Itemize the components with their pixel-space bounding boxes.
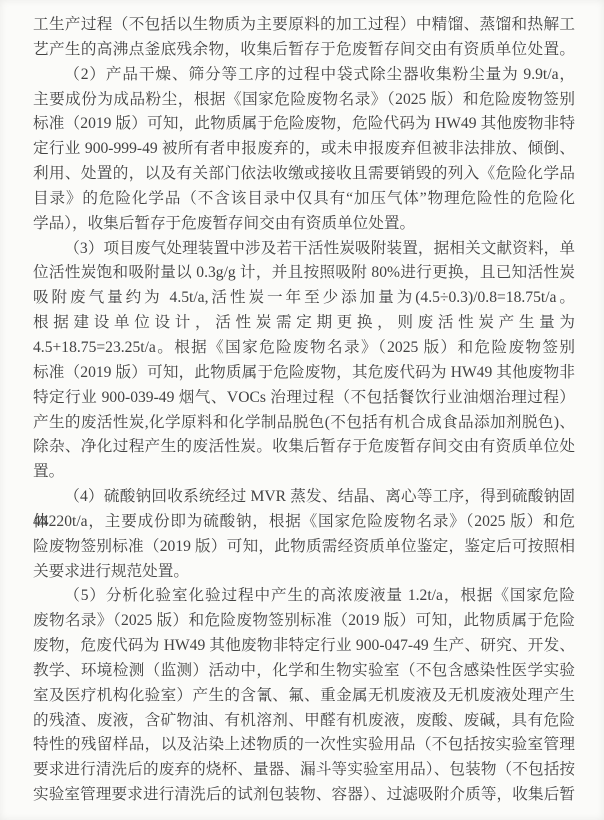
text-line: 44220t/a，主要成份即为硫酸钠，根据《国家危险废物名录》（2025 版）和… bbox=[33, 510, 575, 535]
document-page: 工生产过程（不包括以生物质为主要原料的加工过程）中精馏、蒸馏和热解工艺产生的高沸… bbox=[0, 0, 604, 820]
text-line: 定行业 900-999-49 被所有者申报废弃的，或未申报废弃但被非法排放、倾倒… bbox=[33, 137, 575, 162]
text-line: （3）项目废气处理装置中涉及若干活性炭吸附装置，据相关文献资料，单 bbox=[33, 237, 575, 262]
text-line: （5）分析化验室化验过程中产生的高浓废液量 1.2t/a，根据《国家危险 bbox=[33, 584, 575, 609]
text-line: 标准（2019 版）可知，此物质属于危险废物，其危废代码为 HW49 其他废物非 bbox=[33, 361, 575, 386]
text-line: （4）硫酸钠回收系统经过 MVR 蒸发、结晶、离心等工序，得到硫酸钠固体 bbox=[33, 485, 575, 510]
text-line: 特性的残留样品，以及沾染上述物质的一次性实验用品（不包括按实验室管理 bbox=[33, 733, 575, 758]
text-line: 位活性炭饱和吸附量以 0.3g/g 计，并且按照吸附 80%进行更换，且已知活性… bbox=[33, 261, 575, 286]
text-line: 置。 bbox=[33, 460, 575, 485]
text-line: 学品），收集后暂存于危废暂存间交由有资质单位处置。 bbox=[33, 212, 575, 237]
text-line: 关要求进行规范处置。 bbox=[33, 560, 575, 585]
text-line: 除杂、净化过程产生的废活性炭。收集后暂存于危废暂存间交由有资质单位处 bbox=[33, 435, 575, 460]
text-line: 特定行业 900-039-49 烟气、VOCs 治理过程（不包括餐饮行业油烟治理… bbox=[33, 386, 575, 411]
text-line: 室及医疗机构化验室）产生的含氰、氟、重金属无机废液及无机废液处理产生 bbox=[33, 684, 575, 709]
text-line: 标准（2019 版）可知，此物质属于危险废物，危险代码为 HW49 其他废物非特 bbox=[33, 112, 575, 137]
text-line: 4.5+18.75=23.25t/a。根据《国家危险废物名录》（2025 版）和… bbox=[33, 336, 575, 361]
text-line: 工生产过程（不包括以生物质为主要原料的加工过程）中精馏、蒸馏和热解工 bbox=[33, 13, 575, 38]
text-line: （2）产品干燥、筛分等工序的过程中袋式除尘器收集粉尘量为 9.9t/a， bbox=[33, 63, 575, 88]
text-line: 险废物签别标准（2019 版）可知，此物质需经资质单位鉴定，鉴定后可按照相 bbox=[33, 535, 575, 560]
text-line: 根据建设单位设计，活性炭需定期更换，则废活性炭产生量为 bbox=[33, 311, 575, 336]
text-line: 产生的废活性炭,化学原料和化学制品脱色(不包括有机合成食品添加剂脱色)、 bbox=[33, 411, 575, 436]
document-body: 工生产过程（不包括以生物质为主要原料的加工过程）中精馏、蒸馏和热解工艺产生的高沸… bbox=[33, 13, 575, 808]
text-line: 废物名录》（2025 版）和危险废物签别标准（2019 版）可知，此物质属于危险 bbox=[33, 609, 575, 634]
text-line: 废物，危废代码为 HW49 其他废物非特定行业 900-047-49 生产、研究… bbox=[33, 634, 575, 659]
text-line: 主要成份为成品粉尘，根据《国家危险废物名录》（2025 版）和危险废物签别 bbox=[33, 88, 575, 113]
text-line: 利用、处置的，以及有关部门依法收缴或接收且需要销毁的列入《危险化学品 bbox=[33, 162, 575, 187]
text-line: 要求进行清洗后的废弃的烧杯、量器、漏斗等实验室用品）、包装物（不包括按 bbox=[33, 758, 575, 783]
text-line: 实验室管理要求进行清洗后的试剂包装物、容器）、过滤吸附介质等，收集后暂 bbox=[33, 783, 575, 808]
text-line: 艺产生的高沸点釜底残余物，收集后暂存于危废暂存间交由有资质单位处置。 bbox=[33, 38, 575, 63]
text-line: 目录》的危险化学品（不含该目录中仅具有“加压气体”物理危险性的危险化 bbox=[33, 187, 575, 212]
text-line: 的残渣、废液，含矿物油、有机溶剂、甲醛有机废液，废酸、废碱，具有危险 bbox=[33, 709, 575, 734]
text-line: 吸附废气量约为 4.5t/a,活性炭一年至少添加量为(4.5÷0.3)/0.8=… bbox=[33, 286, 575, 311]
text-line: 教学、环境检测（监测）活动中，化学和生物实验室（不包含感染性医学实验 bbox=[33, 659, 575, 684]
